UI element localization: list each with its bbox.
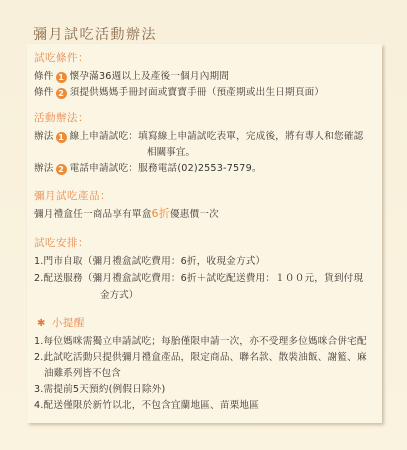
page: 彌月試吃活動辦法 試吃條件： 條件1懷孕滿36週以上及產後一個月內期間 條件2須… <box>0 0 407 450</box>
condition-label: 條件 <box>34 71 54 82</box>
arrangement-item-2-continuation: 金方式） <box>100 287 138 301</box>
content-card: 試吃條件： 條件1懷孕滿36週以上及產後一個月內期間 條件2須提供媽媽手冊封面或… <box>27 44 382 423</box>
condition-item-1: 條件1懷孕滿36週以上及產後一個月內期間 <box>34 68 229 83</box>
condition-label: 條件 <box>34 87 54 98</box>
condition-text: 懷孕滿36週以上及產後一個月內期間 <box>70 71 230 82</box>
method-item-1: 辦法1線上申請試吃：填寫線上申請試吃表單，完成後，將有專人和您確認 <box>34 128 363 143</box>
product-text: 彌月禮盒任一商品享有單盒 <box>34 209 152 220</box>
star-icon: ✱ <box>37 318 46 329</box>
number-badge-icon: 1 <box>56 132 67 143</box>
method-text: 線上申請試吃：填寫線上申請試吃表單，完成後，將有專人和您確認 <box>70 131 364 142</box>
method-item-2: 辦法2電話申請試吃：服務電話(02)2553-7579。 <box>34 160 262 175</box>
arrangement-item-2: 2.配送服務（彌月禮盒試吃費用：6折＋試吃配送費用：１００元，貨到付現 <box>34 270 363 284</box>
number-badge-icon: 2 <box>56 88 67 99</box>
method-item-1-continuation: 相關事宜。 <box>147 144 195 158</box>
condition-item-2: 條件2須提供媽媽手冊封面或寶寶手冊（預產期或出生日期頁面） <box>34 84 324 99</box>
conditions-heading: 試吃條件： <box>34 50 89 65</box>
reminder-item-4: 4.配送僅限於新竹以北，不包含宜蘭地區、苗栗地區 <box>34 397 259 411</box>
product-text: 優惠價一次 <box>170 209 219 220</box>
methods-heading: 活動辦法： <box>34 110 89 125</box>
number-badge-icon: 1 <box>56 72 67 83</box>
reminder-item-2: 2.此試吃活動只提供彌月禮盒產品，限定商品、聯名款、散裝油飯、謝籃、麻 <box>34 349 367 363</box>
arrangement-item-1: 1.門市自取（彌月禮盒試吃費用：6折，收現金方式） <box>34 253 265 267</box>
method-label: 辦法 <box>34 163 54 174</box>
condition-text: 須提供媽媽手冊封面或寶寶手冊（預產期或出生日期頁面） <box>70 87 325 98</box>
reminder-heading-text: 小提醒 <box>52 317 85 329</box>
reminder-item-3: 3.需提前5天預約(例假日除外) <box>34 381 165 395</box>
product-heading: 彌月試吃產品： <box>34 188 111 203</box>
method-label: 辦法 <box>34 131 54 142</box>
arrangement-heading: 試吃安排： <box>34 235 89 250</box>
reminder-heading: ✱小提醒 <box>37 315 85 330</box>
method-text: 電話申請試吃：服務電話(02)2553-7579。 <box>70 163 262 174</box>
reminder-item-1: 1.每位媽咪需獨立申請試吃；每胎僅限申請一次，亦不受理多位媽咪合併宅配 <box>34 333 367 347</box>
reminder-item-2-continuation: 油雞系列皆不包含 <box>44 365 121 379</box>
page-title: 彌月試吃活動辦法 <box>33 24 157 44</box>
discount-highlight: 6折 <box>152 207 170 220</box>
product-description: 彌月禮盒任一商品享有單盒6折優惠價一次 <box>34 205 219 221</box>
number-badge-icon: 2 <box>56 164 67 175</box>
